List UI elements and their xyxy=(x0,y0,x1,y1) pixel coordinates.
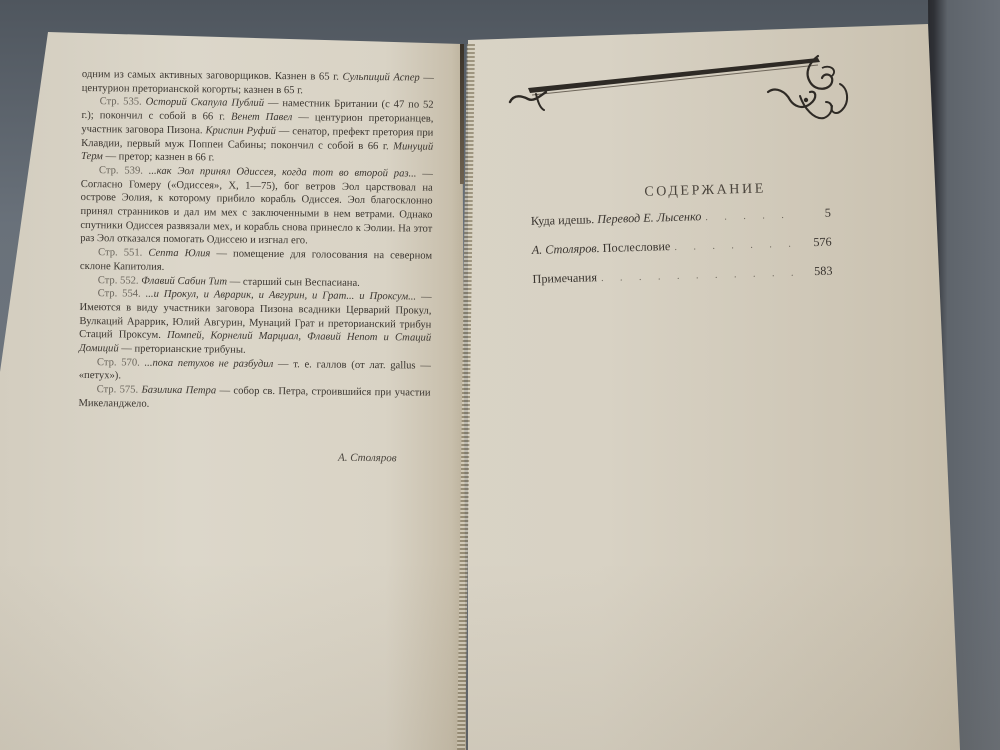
note-text: — преторианские трибуны. xyxy=(119,343,246,355)
page-reference: Стр. 535. xyxy=(100,97,146,108)
toc-leader-dots: . . . . . . . . . . . . . . . . . . . . … xyxy=(670,238,802,253)
note-italic: Сульпиций Аспер xyxy=(342,72,419,84)
note-paragraph: Стр. 539. ...как Эол принял Одиссея, ког… xyxy=(80,164,433,250)
note-paragraph: Стр. 554. ...и Прокул, и Аврарик, и Авгу… xyxy=(79,287,432,359)
note-paragraph: одним из самых активных заговорщиков. Ка… xyxy=(82,68,434,99)
toc-page-number: 5 xyxy=(801,206,831,222)
note-paragraph: Стр. 575. Базилика Петра — собор св. Пет… xyxy=(78,383,430,414)
note-paragraph: Стр. 551. Септа Юлия — помещение для гол… xyxy=(80,246,432,277)
toc-entry-text: Куда идешь. xyxy=(531,212,598,228)
note-italic: Венет Павел xyxy=(231,112,292,124)
ornament-flourish-icon xyxy=(500,52,860,132)
note-italic: Флавий Сабин Тит xyxy=(141,275,227,287)
note-paragraph: Стр. 570. ...пока петухов не разбудил — … xyxy=(79,356,431,387)
page-reference: Стр. 575. xyxy=(97,384,142,395)
toc-entry-italic: Перевод Е. Лысенко xyxy=(597,209,701,226)
table-of-contents: СОДЕРЖАНИЕ Куда идешь. Перевод Е. Лысенк… xyxy=(530,180,833,301)
note-italic: Криспин Руфий xyxy=(205,125,276,137)
toc-page-number: 583 xyxy=(802,264,832,280)
page-reference: Стр. 554. xyxy=(98,288,146,300)
toc-page-number: 576 xyxy=(801,235,831,251)
toc-leader-dots: . . . . . . . . . . . . . . . . . . . . … xyxy=(701,209,801,223)
toc-entry-italic: А. Столяров. xyxy=(532,241,603,257)
toc-entry-text: Примечания xyxy=(532,270,597,286)
page-reference: Стр. 539. xyxy=(99,165,149,177)
note-italic: Септа Юлия xyxy=(148,248,210,260)
note-italic: ...и Прокул, и Аврарик, и Авгурин, и Гра… xyxy=(146,289,417,303)
page-reference: Стр. 552. xyxy=(98,275,142,286)
toc-entry-text: Послесловие xyxy=(602,239,670,255)
note-italic: Осторий Скапула Публий xyxy=(146,97,265,109)
toc-entry-title: А. Столяров. Послесловие xyxy=(532,239,671,258)
page-reference: Стр. 570. xyxy=(97,357,145,368)
spine-shadow xyxy=(460,44,464,184)
note-paragraph: Стр. 535. Осторий Скапула Публий — намес… xyxy=(81,95,434,167)
page-reference: Стр. 551. xyxy=(98,247,148,259)
note-text: — старший сын Веспасиана. xyxy=(227,276,360,288)
toc-entry-title: Куда идешь. Перевод Е. Лысенко xyxy=(531,209,702,229)
note-italic: ...как Эол принял Одиссея, когда тот во … xyxy=(149,166,417,180)
note-italic: ...пока петухов не разбудил xyxy=(144,357,273,369)
note-italic: Базилика Петра xyxy=(141,385,216,397)
author-signature: А. Столяров xyxy=(338,452,397,465)
toc-leader-dots: . . . . . . . . . . . . . . . . . . . . … xyxy=(597,267,803,284)
note-text: одним из самых активных заговорщиков. Ка… xyxy=(82,69,343,83)
toc-entry-title: Примечания xyxy=(532,270,597,287)
note-text: — Согласно Гомеру («Одиссея», X, 1—75), … xyxy=(80,168,433,246)
notes-text: одним из самых активных заговорщиков. Ка… xyxy=(78,68,434,414)
note-text: — претор; казнен в 66 г. xyxy=(103,151,215,163)
